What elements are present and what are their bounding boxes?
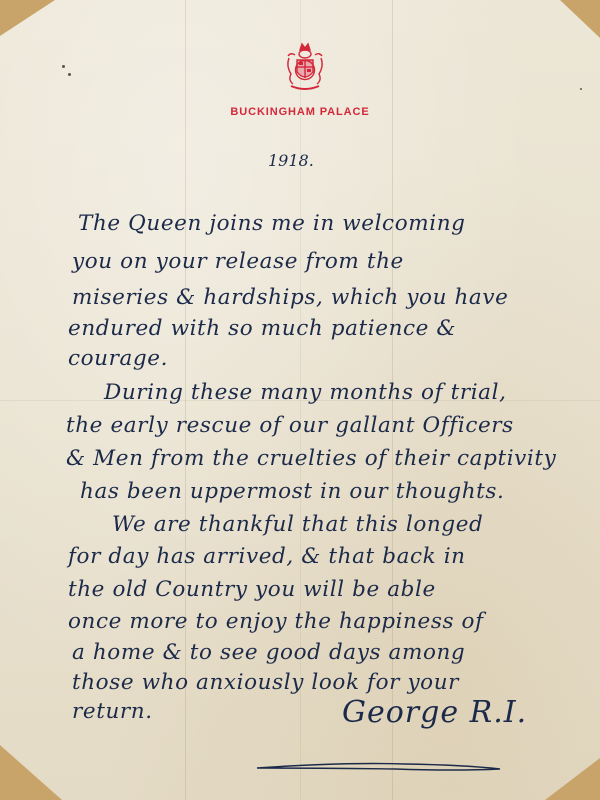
letter-line: a home & to see good days among bbox=[72, 640, 600, 665]
letter-line: has been uppermost in our thoughts. bbox=[80, 479, 600, 504]
royal-crest-icon bbox=[283, 40, 327, 96]
letter-line: miseries & hardships, which you have bbox=[72, 285, 600, 310]
letter-paper: BUCKINGHAM PALACE 1918. The Queen joins … bbox=[0, 0, 600, 800]
letter-line: courage. bbox=[68, 346, 600, 371]
letter-line: the old Country you will be able bbox=[68, 577, 600, 602]
paper-speck bbox=[62, 65, 65, 68]
letter-line: for day has arrived, & that back in bbox=[68, 544, 600, 569]
letter-line: once more to enjoy the happiness of bbox=[68, 609, 600, 634]
letterhead-title: BUCKINGHAM PALACE bbox=[0, 106, 600, 118]
letter-line: We are thankful that this longed bbox=[112, 512, 600, 537]
letter-line: those who anxiously look for your bbox=[72, 670, 600, 695]
letter-line: The Queen joins me in welcoming bbox=[78, 211, 600, 236]
signature-underline-flourish bbox=[255, 760, 505, 774]
letter-date: 1918. bbox=[268, 151, 314, 170]
paper-speck bbox=[580, 88, 582, 90]
letter-line: During these many months of trial, bbox=[104, 380, 600, 405]
letter-line: endured with so much patience & bbox=[68, 316, 600, 341]
letter-line: the early rescue of our gallant Officers bbox=[66, 413, 600, 438]
letter-line: & Men from the cruelties of their captiv… bbox=[66, 446, 600, 471]
letter-line: you on your release from the bbox=[72, 249, 600, 274]
paper-speck bbox=[68, 73, 71, 76]
signature: George R.I. bbox=[342, 695, 527, 730]
